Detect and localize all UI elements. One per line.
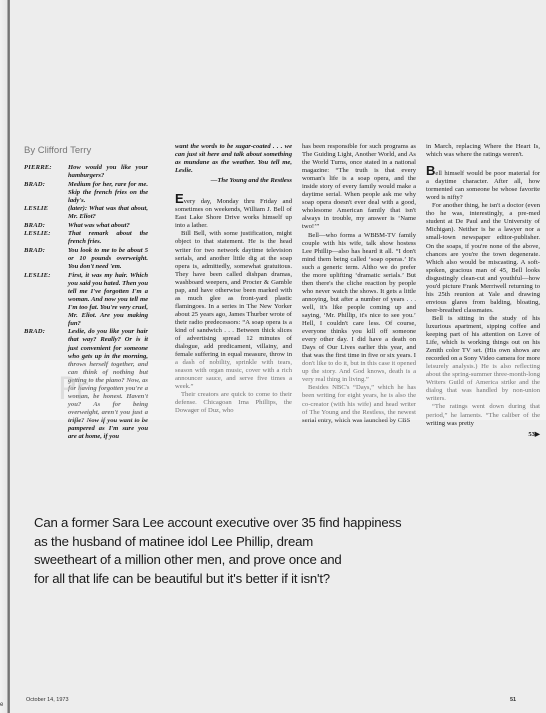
paragraph-text: ell himself would be poor material for a… — [426, 170, 540, 201]
speaker: LESLIE: — [24, 230, 68, 246]
pull-quote: Can a former Sara Lee account executive … — [34, 514, 534, 588]
speaker: LESLIE: — [24, 272, 68, 328]
dialogue-text: Medium for her, rare for me. Skip the fr… — [68, 181, 148, 205]
dialogue-line: PIERRE:How would you like your hamburger… — [24, 164, 148, 180]
watermark-band: Pr — [10, 360, 546, 420]
pull-quote-line: Can a former Sara Lee account executive … — [34, 514, 534, 533]
footer-date: October 14, 1973 — [26, 697, 69, 703]
drop-cap: E — [175, 191, 184, 206]
paragraph-text: very day, Monday thru Friday and sometim… — [175, 198, 292, 229]
byline: By Clifford Terry — [24, 145, 91, 156]
dialogue-line: BRAD:What was what about? — [24, 222, 148, 230]
paragraph: Bell himself would be poor material for … — [426, 167, 540, 202]
speaker: BRAD: — [24, 222, 68, 230]
dialogue-text: How would you like your hamburgers? — [68, 164, 148, 180]
dialogue-text: First, it was my hair. Which you said yo… — [68, 272, 148, 328]
speaker: LESLIE — [24, 205, 68, 221]
page-spine — [0, 0, 10, 713]
dialogue-continued: want the words to be sugar-coated . . . … — [175, 143, 292, 175]
dialogue-line: LESLIE(later): What was that about, Mr. … — [24, 205, 148, 221]
speaker: BRAD: — [24, 181, 68, 205]
pull-quote-line: sweetheart of a million other men, and p… — [34, 551, 534, 570]
speaker: PIERRE: — [24, 164, 68, 180]
corner-mark: e — [0, 702, 3, 708]
pull-quote-line: for all that life can be beautiful but i… — [34, 570, 534, 589]
dialogue-line: LESLIE:First, it was my hair. Which you … — [24, 272, 148, 328]
continued-on-page-marker: 53▶ — [426, 431, 540, 439]
dialogue-line: LESLIE:That remark about the french frie… — [24, 230, 148, 246]
dialogue-text: You look to me to be about 5 or 10 pound… — [68, 247, 148, 271]
paragraph: has been responsible for such programs a… — [302, 143, 416, 232]
dialogue-text: (later): What was that about, Mr. Eliot? — [68, 205, 148, 221]
dialogue-line: BRAD:Medium for her, rare for me. Skip t… — [24, 181, 148, 205]
speaker: BRAD: — [24, 247, 68, 271]
watermark-text: Pr — [58, 372, 88, 407]
dialogue-line: BRAD:You look to me to be about 5 or 10 … — [24, 247, 148, 271]
paragraph: For another thing, he isn't a doctor (ev… — [426, 202, 540, 315]
dialogue-text: What was what about? — [68, 222, 148, 230]
footer-page-number: 51 — [510, 697, 516, 703]
drop-cap: B — [426, 163, 435, 178]
dialogue-text: That remark about the french fries. — [68, 230, 148, 246]
magazine-page: By Clifford Terry PIERRE:How would you l… — [10, 0, 546, 713]
paragraph: in March, replacing Where the Heart Is, … — [426, 143, 540, 159]
paragraph: Every day, Monday thru Friday and someti… — [175, 195, 292, 230]
quote-attribution: —The Young and the Restless — [175, 177, 292, 185]
pull-quote-line: as the husband of matinee idol Lee Phill… — [34, 533, 534, 552]
